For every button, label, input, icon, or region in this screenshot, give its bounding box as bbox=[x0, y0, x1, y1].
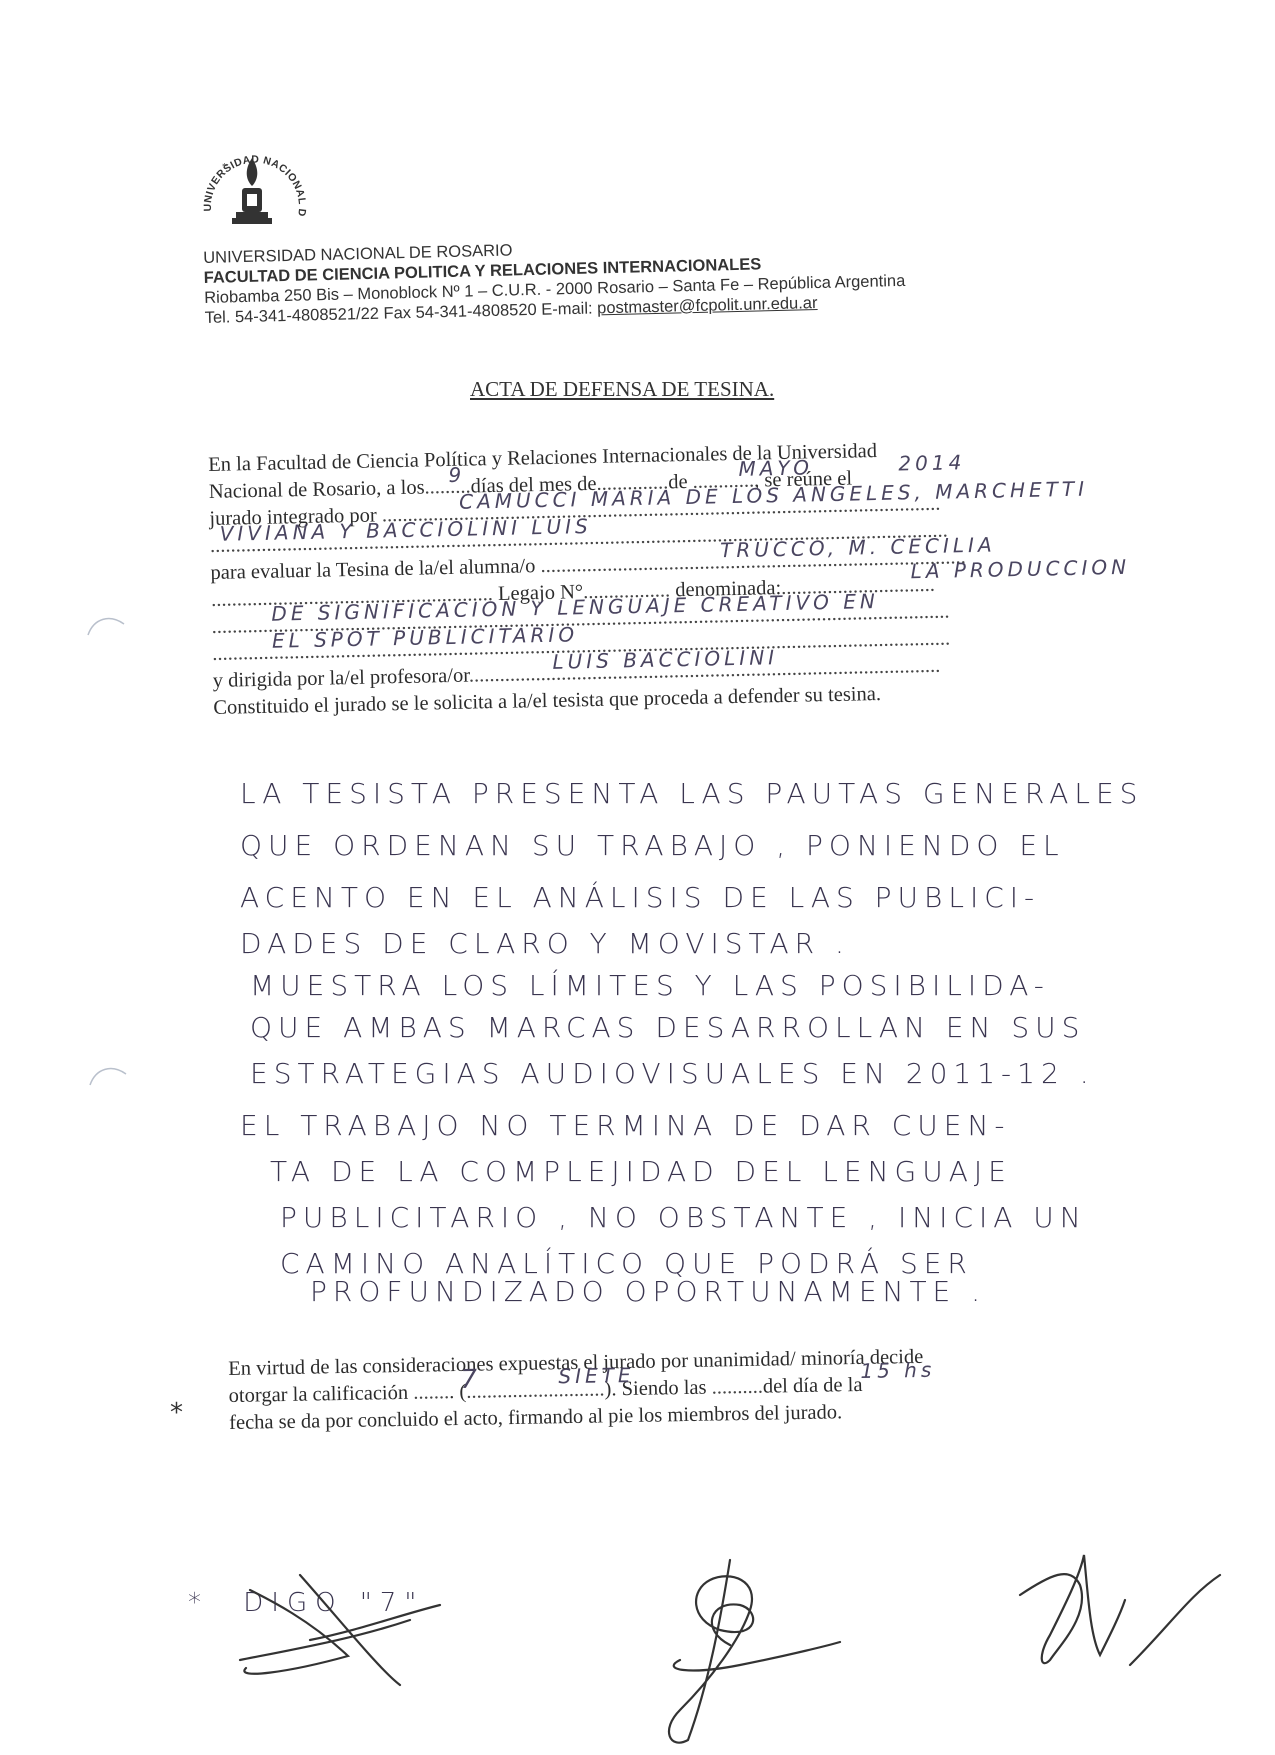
institution-header: UNIVERSIDAD NACIONAL DE ROSARIO FACULTAD… bbox=[203, 231, 906, 328]
grade-words-field[interactable]: SIETE bbox=[558, 1362, 635, 1390]
email-link[interactable]: postmaster@fcpolit.unr.edu.ar bbox=[597, 294, 818, 317]
hour-field[interactable]: 15 hs bbox=[860, 1357, 935, 1385]
thesis-title-field-1[interactable]: LA PRODUCCION bbox=[910, 554, 1130, 586]
university-seal: UNIVERSIDAD NACIONAL DE ROSARIO * bbox=[190, 128, 320, 240]
binder-hole-mark-top bbox=[80, 610, 130, 640]
month-field[interactable]: MAYO bbox=[738, 454, 813, 483]
defense-form: En la Facultad de Ciencia Política y Rel… bbox=[208, 433, 1123, 722]
seal-icon: UNIVERSIDAD NACIONAL DE ROSARIO * bbox=[190, 128, 320, 240]
signature-3 bbox=[980, 1545, 1230, 1695]
document-title: ACTA DE DEFENSA DE TESINA. bbox=[470, 377, 774, 402]
day-field[interactable]: 9 bbox=[448, 462, 465, 489]
svg-text:*: * bbox=[222, 162, 227, 173]
margin-asterisk: * bbox=[170, 1398, 183, 1428]
director-field[interactable]: LUIS BACCIOLINI bbox=[552, 644, 778, 676]
year-field[interactable]: 2014 bbox=[898, 449, 965, 477]
closing-paragraph: En virtud de las consideraciones expuest… bbox=[228, 1340, 1129, 1437]
grade-field[interactable]: 7 bbox=[460, 1367, 481, 1394]
jury-observations[interactable]: LA TESISTA PRESENTA LAS PAUTAS GENERALES… bbox=[240, 768, 1260, 1318]
binder-hole-mark-bottom bbox=[82, 1060, 132, 1090]
signature-2 bbox=[630, 1550, 890, 1750]
signature-1 bbox=[230, 1560, 470, 1730]
footnote-asterisk: * bbox=[188, 1588, 209, 1618]
